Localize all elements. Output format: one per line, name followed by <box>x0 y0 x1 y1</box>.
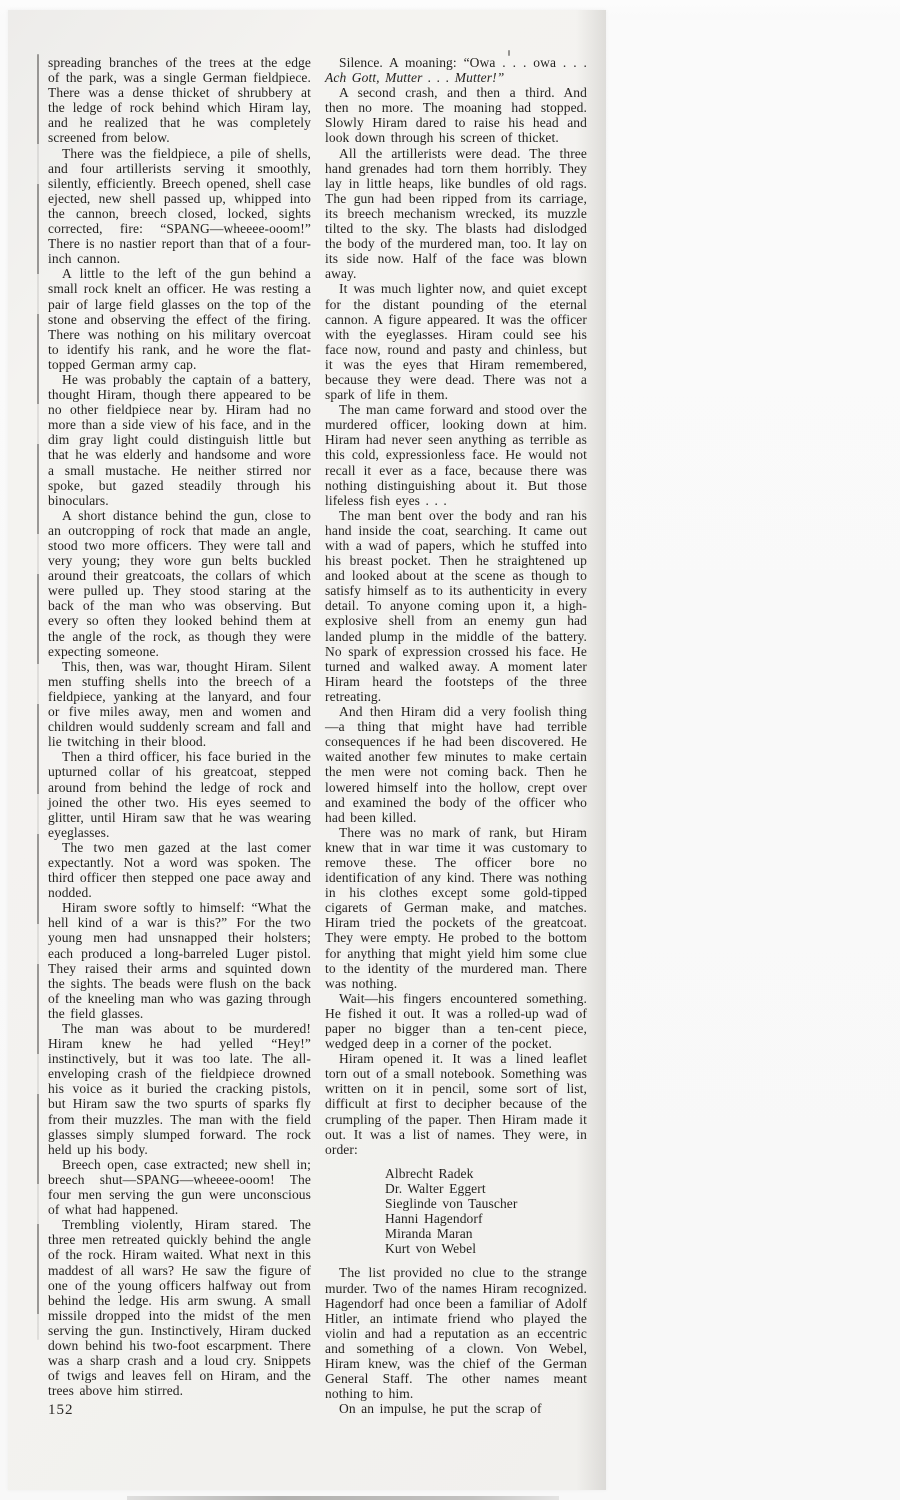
paragraph: Wait—his fingers encountered something. … <box>325 991 587 1051</box>
paragraph: The list provided no clue to the strange… <box>325 1265 587 1401</box>
paragraph: Hiram swore softly to himself: “What the… <box>48 900 311 1021</box>
paragraph: A second crash, and then a third. And th… <box>325 85 587 145</box>
paragraph: The man bent over the body and ran his h… <box>325 508 587 704</box>
paragraph: On an impulse, he put the scrap of <box>325 1401 587 1416</box>
left-text-column: spreading branches of the trees at the e… <box>48 55 311 1398</box>
list-item: Albrecht Radek <box>385 1166 587 1181</box>
paragraph: He was probably the captain of a battery… <box>48 372 311 508</box>
scan-backdrop: spreading branches of the trees at the e… <box>0 0 900 1500</box>
body-text: Silence. A moaning: “Owa . . . owa . . . <box>339 55 587 70</box>
list-item: Miranda Maran <box>385 1226 587 1241</box>
book-page: spreading branches of the trees at the e… <box>8 10 606 1490</box>
paragraph: This, then, was war, thought Hiram. Sile… <box>48 659 311 750</box>
paragraph: A little to the left of the gun behind a… <box>48 266 311 372</box>
name-list: Albrecht RadekDr. Walter EggertSieglinde… <box>385 1166 587 1257</box>
page-crease-line <box>37 54 39 1340</box>
paragraph: And then Hiram did a very foolish thing—… <box>325 704 587 825</box>
paragraph: All the artillerists were dead. The thre… <box>325 146 587 282</box>
list-item: Hanni Hagendorf <box>385 1211 587 1226</box>
list-item: Kurt von Webel <box>385 1241 587 1256</box>
paragraph: Trembling violently, Hiram stared. The t… <box>48 1217 311 1398</box>
list-item: Dr. Walter Eggert <box>385 1181 587 1196</box>
list-item: Sieglinde von Tauscher <box>385 1196 587 1211</box>
right-text-column: Silence. A moaning: “Owa . . . owa . . .… <box>325 55 587 1416</box>
paragraph: Silence. A moaning: “Owa . . . owa . . .… <box>325 55 587 85</box>
paragraph: A short distance behind the gun, close t… <box>48 508 311 659</box>
paragraph: There was the fieldpiece, a pile of shel… <box>48 146 311 267</box>
italic-text: Ach Gott, Mutter . . . Mutter!” <box>325 70 504 85</box>
page-number: 152 <box>48 1402 74 1419</box>
paragraph: The man was about to be murdered! Hiram … <box>48 1021 311 1157</box>
paragraph: It was much lighter now, and quiet excep… <box>325 281 587 402</box>
paragraph: Then a third officer, his face buried in… <box>48 749 311 840</box>
paragraph: spreading branches of the trees at the e… <box>48 55 311 146</box>
paragraph: The man came forward and stood over the … <box>325 402 587 508</box>
next-page-edge <box>127 1496 559 1500</box>
paragraph: Breech open, case extracted; new shell i… <box>48 1157 311 1217</box>
paragraph: There was no mark of rank, but Hiram kne… <box>325 825 587 991</box>
paragraph: The two men gazed at the last comer expe… <box>48 840 311 900</box>
paragraph: Hiram opened it. It was a lined leaflet … <box>325 1051 587 1157</box>
